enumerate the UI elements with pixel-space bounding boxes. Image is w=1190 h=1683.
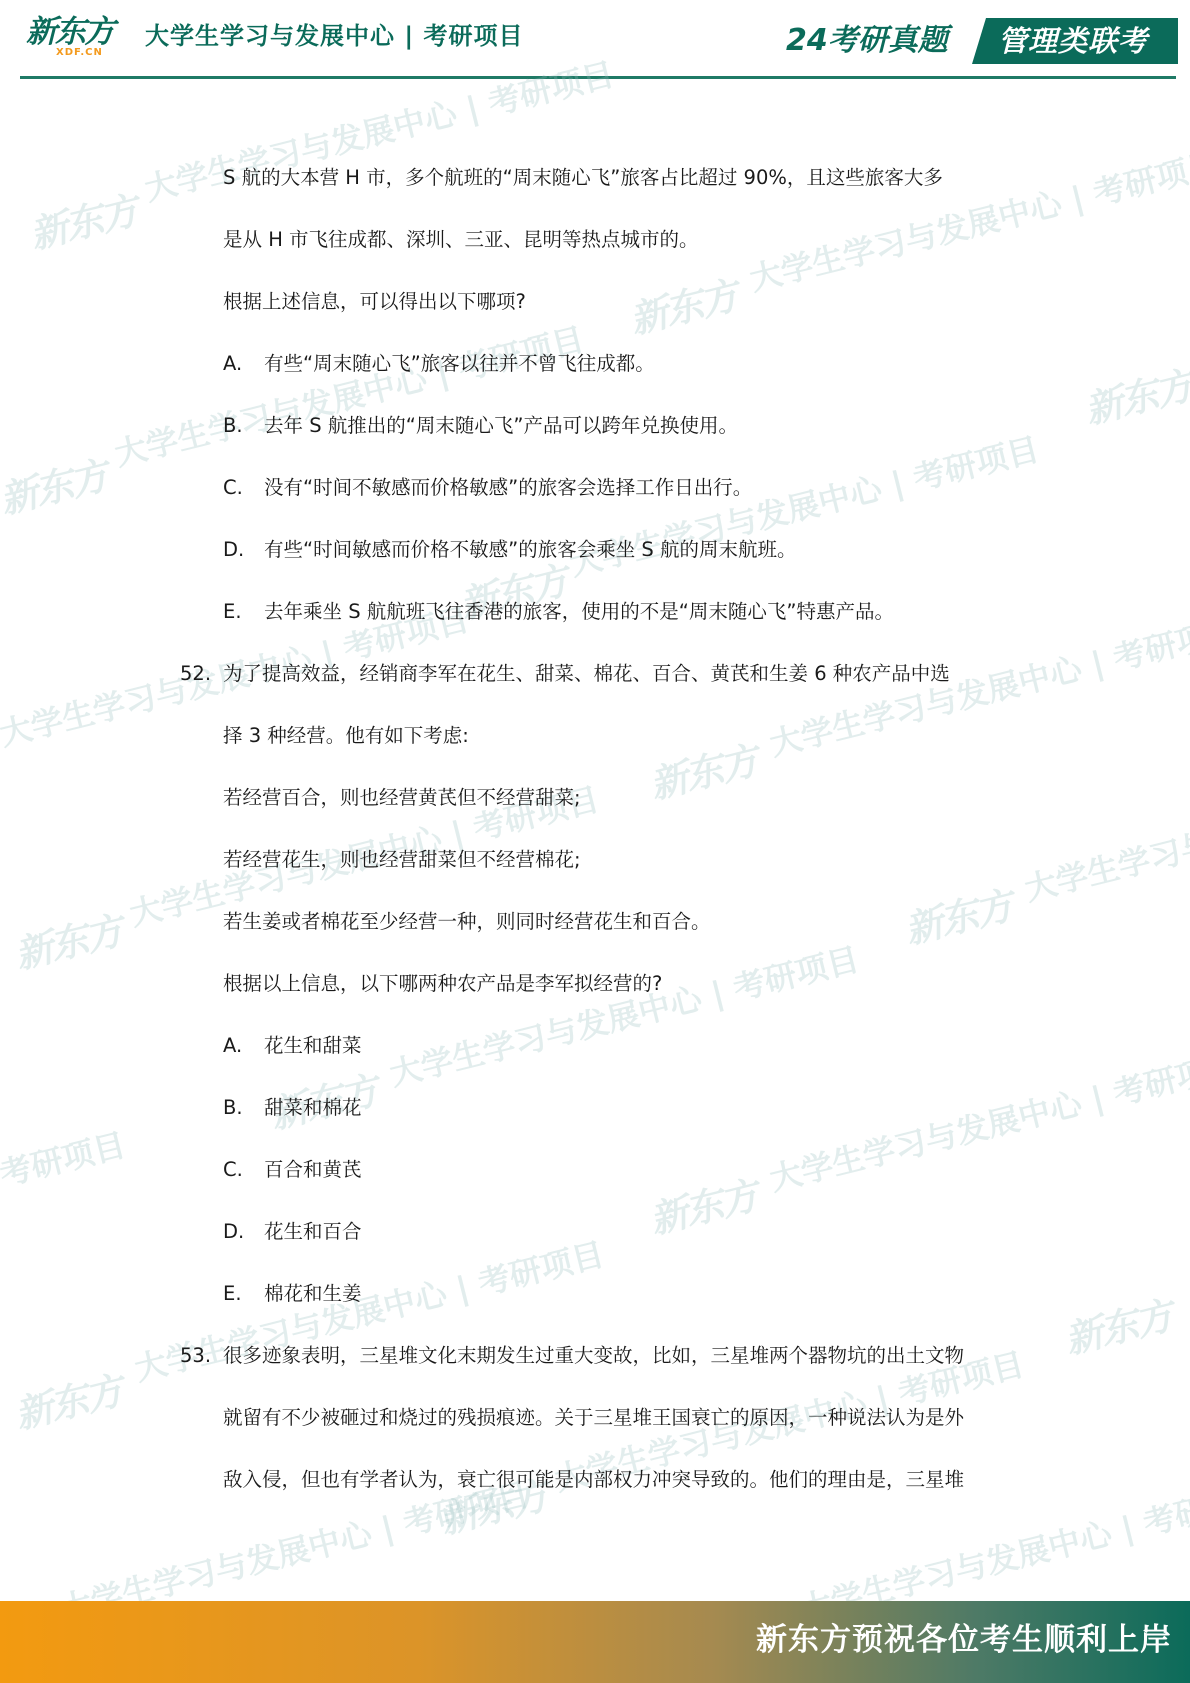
watermark-text: 大学生学习与发展中心 [1019,788,1190,910]
watermark-logo: 新东方 [8,900,126,979]
option-text: 没有“时间不敏感而价格敏感”的旅客会选择工作日出行。 [264,474,752,502]
option-letter: A. [223,1032,242,1060]
option-text: 百合和黄芪 [264,1156,362,1184]
watermark-logo: 新东方 [643,730,761,809]
question-text-line: 就留有不少被砸过和烧过的残损痕迹。关于三星堆王国衰亡的原因，一种说法认为是外 [223,1404,964,1432]
question-number: 52. [180,660,211,688]
exam-type-badge: 管理类联考 [972,18,1178,64]
watermark-logo: 新东方 [643,1165,761,1244]
question-text-line: S 航的大本营 H 市，多个航班的“周末随心飞”旅客占比超过 90%，且这些旅客… [223,164,943,192]
watermark-logo: 新东方 [23,180,141,259]
option-letter: B. [223,1094,243,1122]
question-text-line: 择 3 种经营。他有如下考虑: [223,722,469,750]
watermark-logo: 新东方 [898,875,1016,954]
page-header: 新东方 XDF.CN 大学生学习与发展中心 | 考研项目 24考研真题 管理类联… [0,0,1190,80]
question-prompt: 根据以上信息，以下哪两种农产品是李军拟经营的? [223,970,662,998]
watermark-text: 大学生学习与发展中心 | 考研项目 [764,1039,1190,1200]
watermark-text: 考研项目 [0,1120,130,1196]
watermark-text: 大学生学习与发展中心 | 考研项目 [109,314,588,475]
question-text-line: 敌入侵，但也有学者认为，衰亡很可能是内部权力冲突导致的。他们的理由是，三星堆 [223,1466,964,1494]
option-text: 去年乘坐 S 航航班飞往香港的旅客，使用的不是“周末随心飞”特惠产品。 [264,598,894,626]
option-text: 花生和甜菜 [264,1032,362,1060]
option-letter: B. [223,412,243,440]
logo-domain: XDF.CN [56,47,103,59]
condition-line: 若经营百合，则也经营黄芪但不经营甜菜; [223,784,581,812]
watermark-logo: 新东方 [0,445,111,524]
question-text-line: 很多迹象表明，三星堆文化末期发生过重大变故，比如，三星堆两个器物坑的出土文物 [223,1342,964,1370]
exam-title: 24考研真题 [786,22,948,60]
option-letter: A. [223,350,242,378]
condition-line: 若经营花生，则也经营甜菜但不经营棉花; [223,846,581,874]
watermark-logo: 新东方 [8,1360,126,1439]
option-text: 有些“时间敏感而价格不敏感”的旅客会乘坐 S 航的周末航班。 [264,536,796,564]
question-text-line: 是从 H 市飞往成都、深圳、三亚、昆明等热点城市的。 [223,226,699,254]
option-text: 去年 S 航推出的“周末随心飞”产品可以跨年兑换使用。 [264,412,738,440]
option-letter: E. [223,1280,242,1308]
watermark-logo: 新东方 [1058,1285,1176,1364]
option-letter: D. [223,1218,244,1246]
question-text-line: 为了提高效益，经销商李军在花生、甜菜、棉花、百合、黄芪和生姜 6 种农产品中选 [223,660,950,688]
option-letter: D. [223,536,244,564]
watermark-text: 大学生学习与发展中心 | 考研项目 [384,934,863,1095]
option-letter: C. [223,1156,243,1184]
question-number: 53. [180,1342,211,1370]
xdf-logo: 新东方 XDF.CN [26,14,126,60]
header-divider [20,76,1176,79]
option-text: 有些“周末随心飞”旅客以往并不曾飞往成都。 [264,350,655,378]
page-footer-banner: 新东方预祝各位考生顺利上岸 [0,1601,1190,1683]
question-prompt: 根据上述信息，可以得出以下哪项? [223,288,526,316]
logo-wordmark: 新东方 [26,14,113,50]
footer-slogan: 新东方预祝各位考生顺利上岸 [756,1619,1172,1661]
option-text: 花生和百合 [264,1218,362,1246]
exam-type-label: 管理类联考 [998,22,1148,60]
option-letter: C. [223,474,243,502]
option-letter: E. [223,598,242,626]
condition-line: 若生姜或者棉花至少经营一种，则同时经营花生和百合。 [223,908,711,936]
option-text: 甜菜和棉花 [264,1094,362,1122]
org-title: 大学生学习与发展中心 | 考研项目 [145,20,523,52]
watermark-logo: 新东方 [1078,355,1190,434]
option-text: 棉花和生姜 [264,1280,362,1308]
watermark-logo: 新东方 [623,265,741,344]
